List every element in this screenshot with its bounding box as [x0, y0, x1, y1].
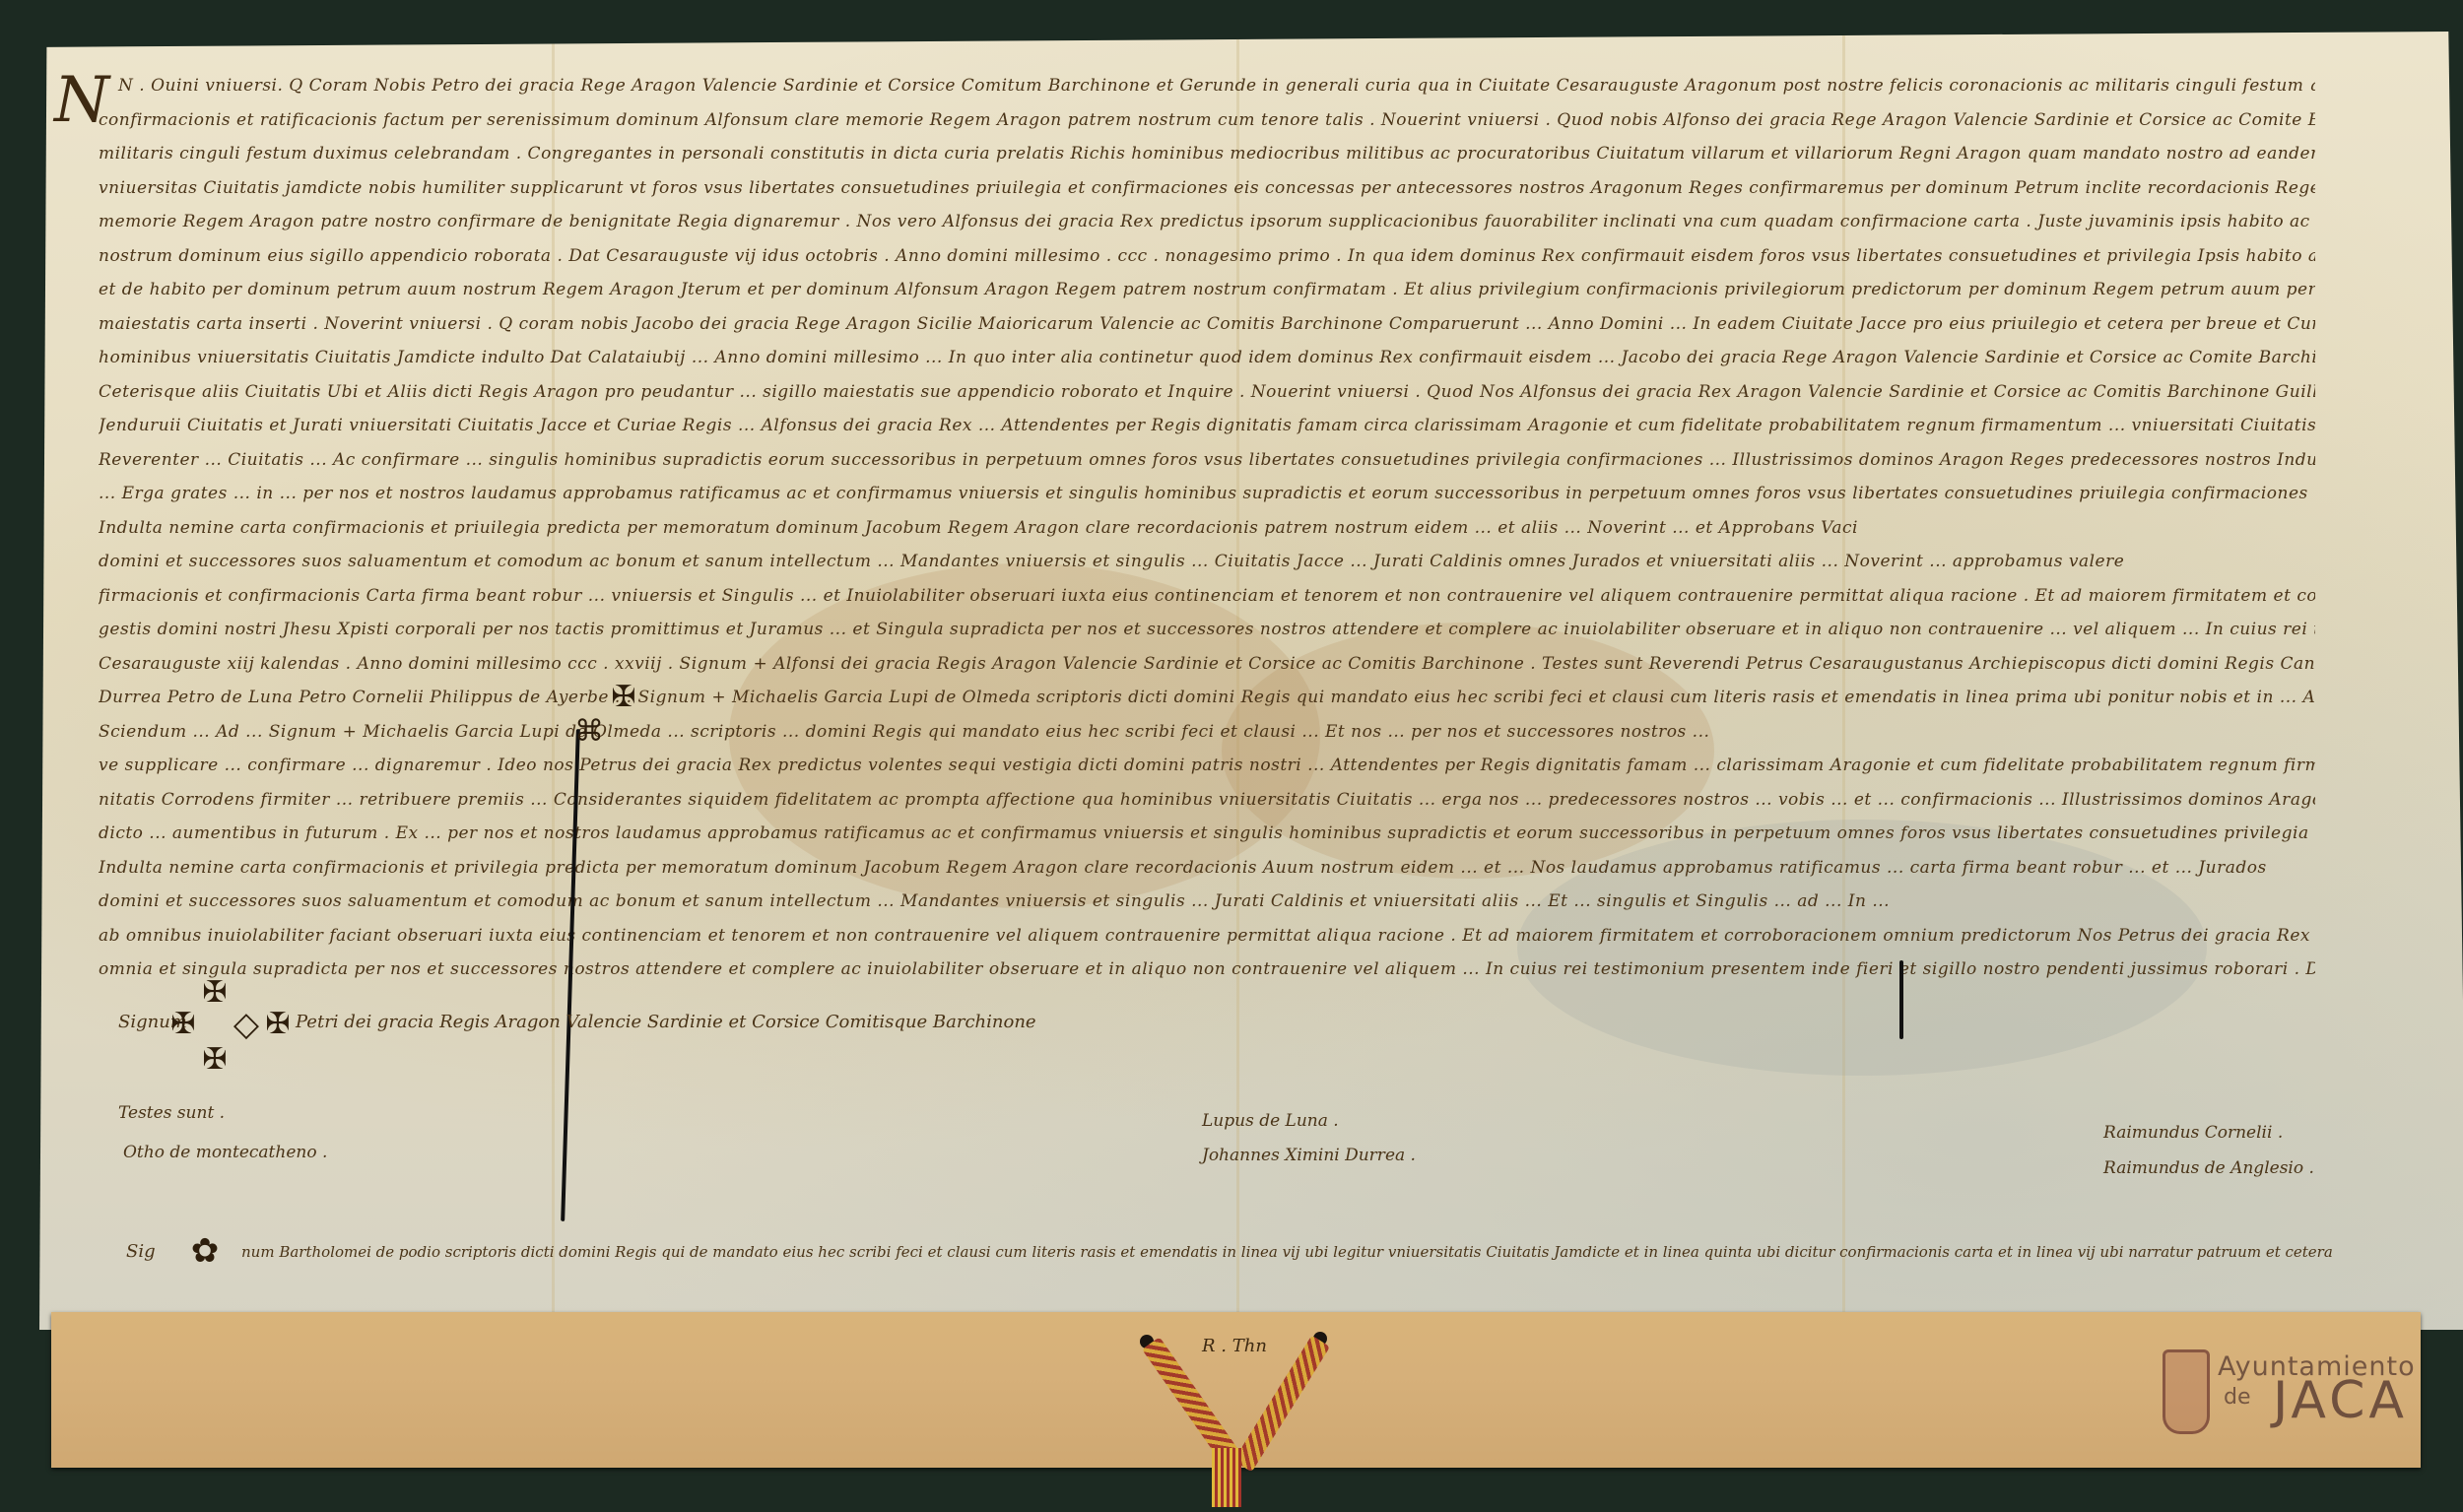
text-line: N . Ouini vniuersi. Q Coram Nobis Petro …: [99, 69, 2315, 103]
signum-petri-text: Petri dei gracia Regis Aragon Valencie S…: [296, 1012, 1036, 1032]
witness-name: Otho de montecatheno .: [123, 1143, 327, 1162]
text-line: dicto ... aumentibus in futurum . Ex ...…: [99, 817, 2315, 851]
notary-subscription-text: num Bartholomei de podio scriptoris dict…: [241, 1243, 2333, 1261]
text-line: Indulta nemine carta confirmacionis et p…: [99, 851, 2315, 886]
text-line: Sciendum ... Ad ... Signum + Michaelis G…: [99, 715, 2315, 750]
notary-signum-label: Sig: [126, 1241, 156, 1262]
text-line: nostrum dominum eius sigillo appendicio …: [99, 239, 2315, 274]
coat-of-arms-icon: [2163, 1349, 2210, 1434]
text-line: firmacionis et confirmacionis Carta firm…: [99, 579, 2315, 614]
signum-cross-icon: ✠: [197, 1042, 233, 1078]
signum-cross-icon: ✠: [260, 1007, 296, 1042]
witness-name: Raimundus de Anglesio .: [2103, 1158, 2314, 1178]
witness-name: Johannes Ximini Durrea .: [1202, 1146, 1416, 1165]
text-line: domini et successores suos saluamentum e…: [99, 885, 2315, 919]
text-line: Durrea Petro de Luna Petro Cornelii Phil…: [99, 681, 2315, 715]
text-line: Ceterisque aliis Ciuitatis Ubi et Aliis …: [99, 375, 2315, 410]
signum-lozenge-icon: ◇: [229, 1007, 264, 1042]
witnesses-heading: Testes sunt .: [118, 1103, 225, 1123]
signum-cross-icon: ✠: [166, 1007, 201, 1042]
text-line: domini et successores suos saluamentum e…: [99, 545, 2315, 579]
text-line: confirmacionis et ratificacionis factum …: [99, 103, 2315, 138]
text-line: hominibus vniuersitatis Ciuitatis Jamdic…: [99, 341, 2315, 375]
parchment-tear: [1899, 960, 1903, 1039]
stamp-line2: de: [2224, 1385, 2251, 1410]
text-line: et de habito per dominum petrum auum nos…: [99, 273, 2315, 307]
stamp-line3: JACA: [2273, 1371, 2408, 1430]
seal-cord-tassel: [1212, 1448, 1241, 1507]
notary-flower-icon: ✿: [187, 1233, 223, 1269]
text-line: Reverenter ... Ciuitatis ... Ac confirma…: [99, 443, 2315, 478]
text-line: nitatis Corrodens firmiter ... retribuer…: [99, 783, 2315, 818]
witness-name: Raimundus Cornelii .: [2103, 1123, 2283, 1143]
signum-cross-icon: ✠: [606, 680, 641, 715]
text-line: ve supplicare ... confirmare ... dignare…: [99, 749, 2315, 783]
plica-note: R . Thn: [1202, 1336, 1267, 1356]
text-line: militaris cinguli festum duximus celebra…: [99, 137, 2315, 171]
text-line: Cesarauguste xiij kalendas . Anno domini…: [99, 647, 2315, 682]
text-line: Indulta nemine carta confirmacionis et p…: [99, 511, 2315, 546]
text-line: ab omnibus inuiolabiliter faciant obseru…: [99, 919, 2315, 953]
witness-name: Lupus de Luna .: [1202, 1111, 1339, 1131]
text-line: omnia et singula supradicta per nos et s…: [99, 953, 2315, 987]
text-line: gestis domini nostri Jhesu Xpisti corpor…: [99, 613, 2315, 647]
text-line: vniuersitas Ciuitatis jamdicte nobis hum…: [99, 171, 2315, 206]
text-line: ... Erga grates ... in ... per nos et no…: [99, 477, 2315, 511]
text-line: Jenduruii Ciuitatis et Jurati vniuersita…: [99, 409, 2315, 443]
text-line: memorie Regem Aragon patre nostro confir…: [99, 205, 2315, 239]
signum-cross-icon: ✠: [197, 975, 233, 1011]
charter-text-body: N . Ouini vniuersi. Q Coram Nobis Petro …: [99, 69, 2315, 987]
text-line: maiestatis carta inserti . Noverint vniu…: [99, 307, 2315, 342]
notary-knot-icon: ⌘: [571, 714, 607, 750]
